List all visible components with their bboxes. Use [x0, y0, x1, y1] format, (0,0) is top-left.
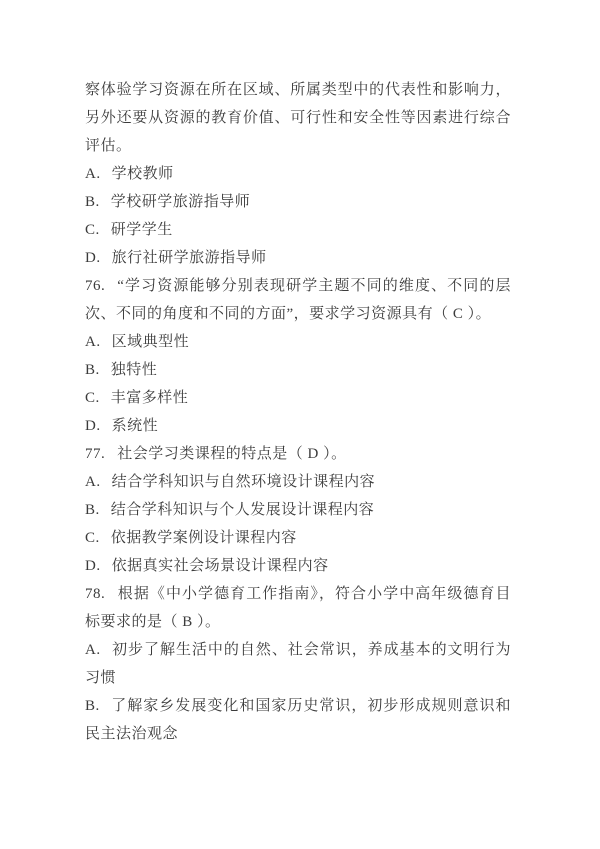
option-label: A. — [85, 474, 101, 490]
option-label: C. — [85, 222, 100, 238]
option-label: A. — [85, 334, 101, 350]
option-text: 丰富多样性 — [111, 390, 189, 406]
question-text: 根据《中小学德育工作指南》，符合小学中高年级德育目标要求的是（ B ）。 — [85, 586, 511, 630]
option-label: D. — [85, 250, 101, 266]
question-number: 78. — [85, 586, 105, 602]
question-text: 社会学习类课程的特点是（ D ）。 — [117, 446, 346, 462]
question-75-continuation: 察体验学习资源在所在区域、所属类型中的代表性和影响力，另外还要从资源的教育价值、… — [85, 76, 511, 160]
q75-option-d: D.旅行社研学旅游指导师 — [85, 244, 511, 272]
option-text: 学校教师 — [112, 166, 174, 182]
q75-option-c: C.研学学生 — [85, 216, 511, 244]
question-text: “学习资源能够分别表现研学主题不同的维度、不同的层次、不同的角度和不同的方面”，… — [85, 278, 511, 322]
option-text: 学校研学旅游指导师 — [111, 194, 251, 210]
option-label: B. — [85, 502, 100, 518]
option-label: B. — [85, 194, 100, 210]
option-text: 依据真实社会场景设计课程内容 — [112, 558, 329, 574]
question-number: 76. — [85, 278, 105, 294]
option-text: 依据教学案例设计课程内容 — [111, 530, 297, 546]
option-text: 区域典型性 — [112, 334, 190, 350]
q76-option-c: C.丰富多样性 — [85, 384, 511, 412]
exam-document-page: 察体验学习资源在所在区域、所属类型中的代表性和影响力，另外还要从资源的教育价值、… — [0, 0, 600, 849]
q78-option-a: A.初步了解生活中的自然、社会常识，养成基本的文明行为习惯 — [85, 636, 511, 692]
q76-option-d: D.系统性 — [85, 412, 511, 440]
option-label: D. — [85, 558, 101, 574]
option-label: A. — [85, 166, 101, 182]
question-77-stem: 77.社会学习类课程的特点是（ D ）。 — [85, 440, 511, 468]
question-continuation-text: 察体验学习资源在所在区域、所属类型中的代表性和影响力，另外还要从资源的教育价值、… — [85, 82, 511, 154]
option-text: 系统性 — [112, 418, 159, 434]
question-76-stem: 76.“学习资源能够分别表现研学主题不同的维度、不同的层次、不同的角度和不同的方… — [85, 272, 511, 328]
q76-option-a: A.区域典型性 — [85, 328, 511, 356]
option-text: 独特性 — [111, 362, 158, 378]
option-text: 旅行社研学旅游指导师 — [112, 250, 267, 266]
q77-option-c: C.依据教学案例设计课程内容 — [85, 524, 511, 552]
option-label: D. — [85, 418, 101, 434]
q75-option-b: B.学校研学旅游指导师 — [85, 188, 511, 216]
q76-option-b: B.独特性 — [85, 356, 511, 384]
q78-option-b: B.了解家乡发展变化和国家历史常识，初步形成规则意识和民主法治观念 — [85, 692, 511, 748]
q77-option-d: D.依据真实社会场景设计课程内容 — [85, 552, 511, 580]
option-text: 初步了解生活中的自然、社会常识，养成基本的文明行为习惯 — [85, 642, 511, 686]
option-text: 研学学生 — [111, 222, 173, 238]
question-number: 77. — [85, 446, 105, 462]
option-label: C. — [85, 390, 100, 406]
question-78-stem: 78.根据《中小学德育工作指南》，符合小学中高年级德育目标要求的是（ B ）。 — [85, 580, 511, 636]
option-label: C. — [85, 530, 100, 546]
option-text: 结合学科知识与个人发展设计课程内容 — [111, 502, 375, 518]
q75-option-a: A.学校教师 — [85, 160, 511, 188]
option-text: 结合学科知识与自然环境设计课程内容 — [112, 474, 376, 490]
q77-option-a: A.结合学科知识与自然环境设计课程内容 — [85, 468, 511, 496]
option-label: B. — [85, 698, 100, 714]
q77-option-b: B.结合学科知识与个人发展设计课程内容 — [85, 496, 511, 524]
option-label: B. — [85, 362, 100, 378]
option-label: A. — [85, 642, 101, 658]
option-text: 了解家乡发展变化和国家历史常识，初步形成规则意识和民主法治观念 — [85, 698, 511, 742]
